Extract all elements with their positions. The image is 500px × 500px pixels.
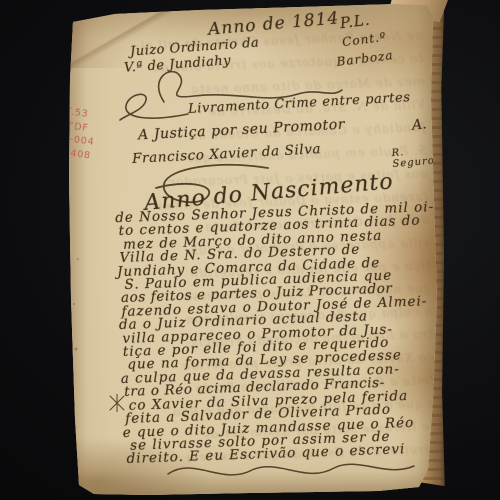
- top-right-notes: P.L.Cont.ºBarboza: [339, 2, 445, 71]
- archival-stamp-line: 0408: [63, 146, 94, 163]
- archival-stamp-line: C-004: [61, 132, 95, 149]
- manuscript-body: de Nosso Senhor Jesus Christo de mil oi-…: [118, 201, 445, 467]
- plaintiff-marker: A.: [411, 116, 427, 133]
- manuscript-page: de Nosso Senhor Jesus Christo de mil oi-…: [60, 4, 440, 496]
- archival-stamp: T.532°DFC-0040408: [60, 105, 99, 163]
- photo-background: de Nosso Senhor Jesus Christo de mil oi-…: [0, 0, 500, 500]
